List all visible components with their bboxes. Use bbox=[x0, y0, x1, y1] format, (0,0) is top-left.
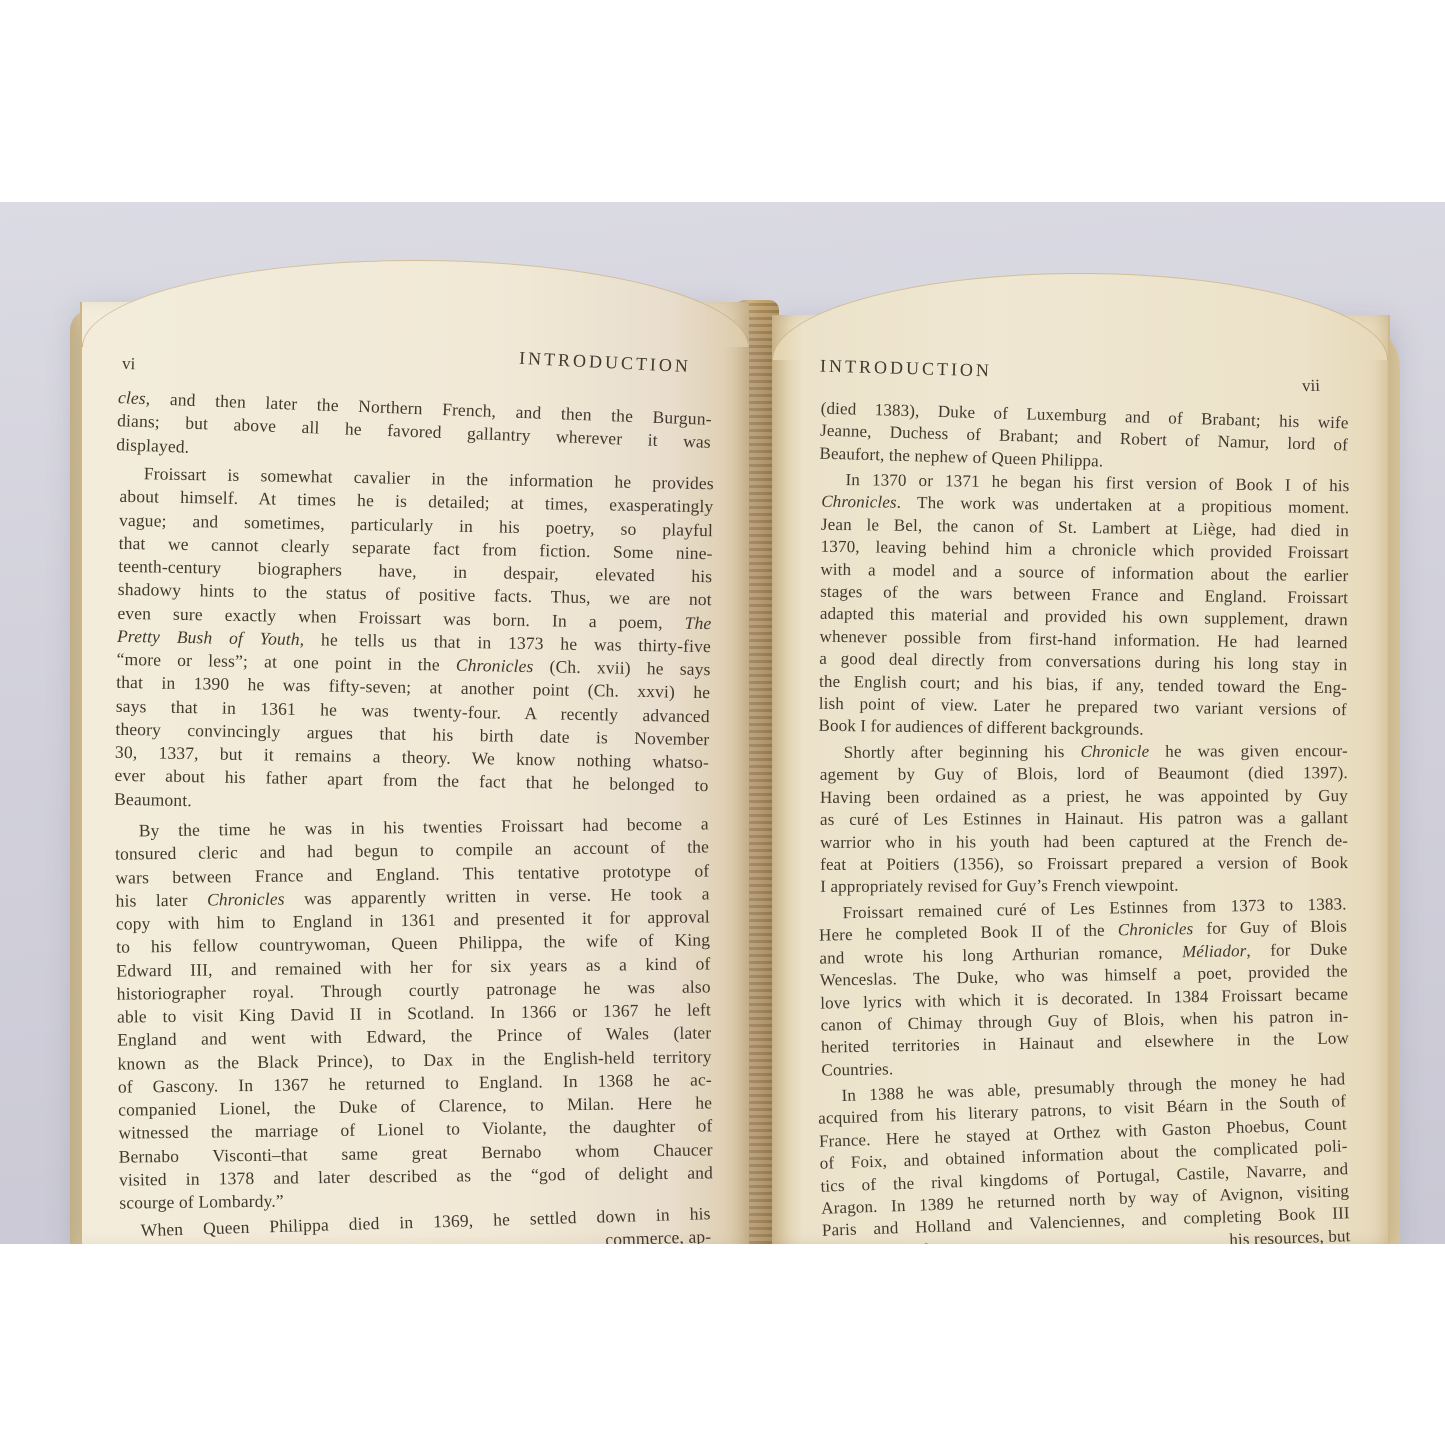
right-page: INTRODUCTION vii (died 1383), Duke of Lu… bbox=[772, 315, 1390, 1244]
text-run: his later bbox=[115, 889, 207, 910]
italic-text-run: Chronicles bbox=[867, 1240, 943, 1244]
italic-text-run: Pretty Bush of Youth bbox=[117, 625, 300, 648]
text-run: scourge of Lombardy.” bbox=[119, 1190, 284, 1212]
italic-text-run: Chronicles bbox=[821, 492, 897, 512]
text-run: warrior who in his youth had been captur… bbox=[820, 831, 1348, 852]
left-running-head: INTRODUCTION bbox=[519, 348, 692, 377]
text-line: feat at Poitiers (1356), so Froissart pr… bbox=[820, 852, 1348, 876]
right-page-number: vii bbox=[1302, 376, 1320, 396]
italic-text-run: Chronicles bbox=[456, 654, 534, 675]
italic-text-run: Chronicles bbox=[207, 888, 285, 909]
clipped-line-right: his resources, but bbox=[1229, 1225, 1351, 1244]
text-line: warrior who in his youth had been captur… bbox=[820, 830, 1348, 854]
italic-text-run: Méliador bbox=[1182, 941, 1247, 961]
text-run: his resources, but bbox=[1229, 1226, 1351, 1244]
text-line: agement by Guy of Blois, lord of Beaumon… bbox=[820, 763, 1348, 787]
text-run: I appropriately revised for Guy’s French… bbox=[820, 876, 1178, 896]
text-run: of the bbox=[822, 1242, 867, 1244]
left-page-number: vi bbox=[122, 354, 136, 374]
text-run: agement by Guy of Blois, lord of Beaumon… bbox=[820, 764, 1348, 785]
paragraph: In 1388 he was able, presumably through … bbox=[817, 1068, 1351, 1244]
text-line: Having been ordained as a priest, he was… bbox=[820, 785, 1348, 809]
text-run: commerce, ap- bbox=[605, 1225, 712, 1244]
text-run: Book I for audiences of different backgr… bbox=[818, 716, 1143, 739]
text-run: . The work was undertaken at a propitiou… bbox=[897, 493, 1350, 518]
text-run: , for Duke bbox=[1246, 939, 1347, 960]
text-line: Shortly after beginning his Chronicle he… bbox=[820, 740, 1348, 764]
text-run: feat at Poitiers (1356), so Froissart pr… bbox=[820, 853, 1348, 874]
text-run: “more or less”; at one point in the bbox=[116, 649, 456, 675]
paragraph: Froissart is somewhat cavalier in the in… bbox=[114, 462, 714, 821]
left-page-text: cles, and then later the Northern French… bbox=[117, 397, 711, 1244]
text-run: Beaumont. bbox=[114, 788, 192, 809]
paragraph: By the time he was in his twenties Frois… bbox=[115, 812, 714, 1214]
italic-text-run: Chronicles bbox=[1118, 919, 1194, 939]
text-run: displayed. bbox=[116, 434, 190, 457]
text-line: as curé of Les Estinnes in Hainaut. His … bbox=[820, 807, 1348, 831]
paragraph: In 1370 or 1371 he began his first versi… bbox=[818, 469, 1349, 744]
paragraph: Shortly after beginning his Chronicle he… bbox=[820, 740, 1349, 899]
left-page: vi INTRODUCTION cles, and then later the… bbox=[80, 302, 749, 1244]
photo-canvas: vi INTRODUCTION cles, and then later the… bbox=[0, 0, 1445, 1445]
text-run: Here he completed Book II of the bbox=[819, 921, 1118, 945]
right-running-head: INTRODUCTION bbox=[820, 356, 993, 382]
photo-background: vi INTRODUCTION cles, and then later the… bbox=[0, 202, 1445, 1244]
left-page-top-edge bbox=[82, 260, 749, 347]
text-run: for Guy of Blois bbox=[1193, 917, 1347, 939]
text-run: Having been ordained as a priest, he was… bbox=[820, 786, 1348, 807]
text-run: Countries. bbox=[821, 1059, 893, 1079]
italic-text-run: The bbox=[684, 612, 711, 632]
paragraph: Froissart remained curé of Les Estinnes … bbox=[818, 893, 1349, 1081]
text-run: (Ch. xvii) he says bbox=[533, 656, 710, 679]
right-page-top-edge bbox=[772, 273, 1388, 360]
text-run: as curé of Les Estinnes in Hainaut. His … bbox=[820, 808, 1348, 829]
text-run: he was given encour- bbox=[1149, 741, 1348, 761]
right-page-text: (died 1383), Duke of Luxemburg and of Br… bbox=[820, 405, 1348, 1244]
paragraph: (died 1383), Duke of Luxemburg and of Br… bbox=[819, 398, 1349, 480]
italic-text-run: cles bbox=[118, 387, 147, 408]
italic-text-run: Chronicle bbox=[1080, 742, 1149, 761]
text-run: was apparently written in verse. He took… bbox=[285, 883, 710, 908]
text-run: Shortly after beginning his bbox=[844, 742, 1081, 762]
